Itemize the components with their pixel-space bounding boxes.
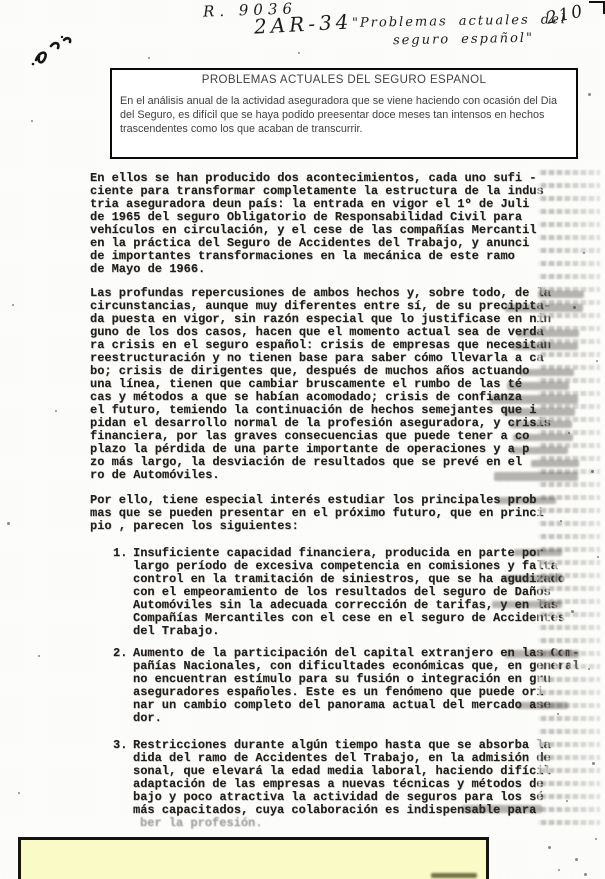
scan-smudge [507, 382, 569, 390]
scan-speck [588, 93, 591, 96]
scan-speck [573, 306, 576, 309]
handwritten-title-quote-line1: "Problemas actuales del [352, 12, 567, 31]
ink-scribble [24, 28, 82, 68]
scan-speck [18, 792, 20, 794]
paragraph-1: En ellos se han producido dos acontecimi… [90, 172, 544, 276]
document-summary: En el análisis anual de la actividad ase… [120, 95, 569, 136]
scan-speck [566, 800, 568, 802]
scan-smudge [510, 421, 572, 428]
scan-speck [148, 57, 150, 59]
scanned-document-page: R. 9036 2AR-34 "Problemas actuales del s… [0, 0, 605, 879]
scan-smudge [514, 549, 562, 556]
scan-speck [298, 52, 300, 54]
scan-smudge [492, 601, 562, 608]
scan-smudge [505, 650, 579, 658]
scan-speck [12, 304, 14, 306]
scan-speck [575, 858, 578, 861]
scan-speck [557, 713, 559, 715]
scan-speck [571, 610, 574, 613]
scan-speck [596, 360, 598, 362]
paragraph-2: Las profundas repercusiones de ambos hec… [90, 287, 551, 482]
paragraph-3: Por ello, tiene especial interés estudia… [90, 494, 544, 533]
list-item-3-number: 3. [113, 739, 127, 752]
scan-speck [38, 655, 40, 657]
scan-smudge [510, 447, 568, 454]
header-annotation-box: PROBLEMAS ACTUALES DEL SEGURO ESPANOL En… [110, 68, 578, 159]
list-item-2-number: 2. [113, 647, 127, 660]
scan-smudge [513, 434, 573, 441]
scan-smudge [496, 497, 556, 504]
scan-speck [7, 522, 10, 525]
handwritten-file-code: 2AR-34 [253, 9, 353, 38]
scan-speck [568, 432, 570, 434]
scan-smudge [517, 330, 579, 337]
scan-smudge [516, 702, 568, 709]
scan-smudge [538, 291, 584, 298]
scan-smudge [505, 304, 583, 312]
handwritten-page-number: 210 [544, 1, 586, 29]
list-item-1-text: Insuficiente capacidad financiera, produ… [133, 547, 565, 638]
scan-speck [560, 520, 562, 522]
scan-speck [597, 556, 599, 558]
scan-smudge [494, 472, 578, 481]
scan-speck [591, 470, 594, 473]
yellow-redaction-box [18, 837, 489, 879]
scan-smudge [490, 395, 578, 404]
scan-smudge [519, 369, 574, 376]
yellow-box-smudge [431, 873, 477, 878]
scan-smudge [462, 805, 542, 813]
scan-speck [558, 869, 560, 871]
document-title: PROBLEMAS ACTUALES DEL SEGURO ESPANOL [112, 74, 576, 86]
scan-speck [548, 846, 551, 849]
scan-speck [592, 762, 595, 765]
scan-speck [31, 120, 33, 122]
scan-smudge [503, 575, 563, 582]
scan-speck [588, 668, 590, 670]
scan-speck [55, 410, 57, 412]
scan-smudge [512, 343, 578, 350]
scan-edge-fade [555, 160, 605, 830]
faded-last-line: ber la profesión. [140, 817, 262, 830]
list-item-1-number: 1. [113, 547, 127, 560]
scan-speck [595, 838, 597, 840]
handwritten-title-quote-line2: seguro español" [393, 31, 534, 48]
scan-speck [584, 873, 587, 876]
corner-bracket-mark [589, 1, 605, 14]
list-item-2-text: Aumento de la participación del capital … [133, 647, 579, 725]
scan-speck [583, 252, 585, 254]
scan-smudge [503, 408, 575, 416]
scan-smudge [531, 460, 579, 467]
